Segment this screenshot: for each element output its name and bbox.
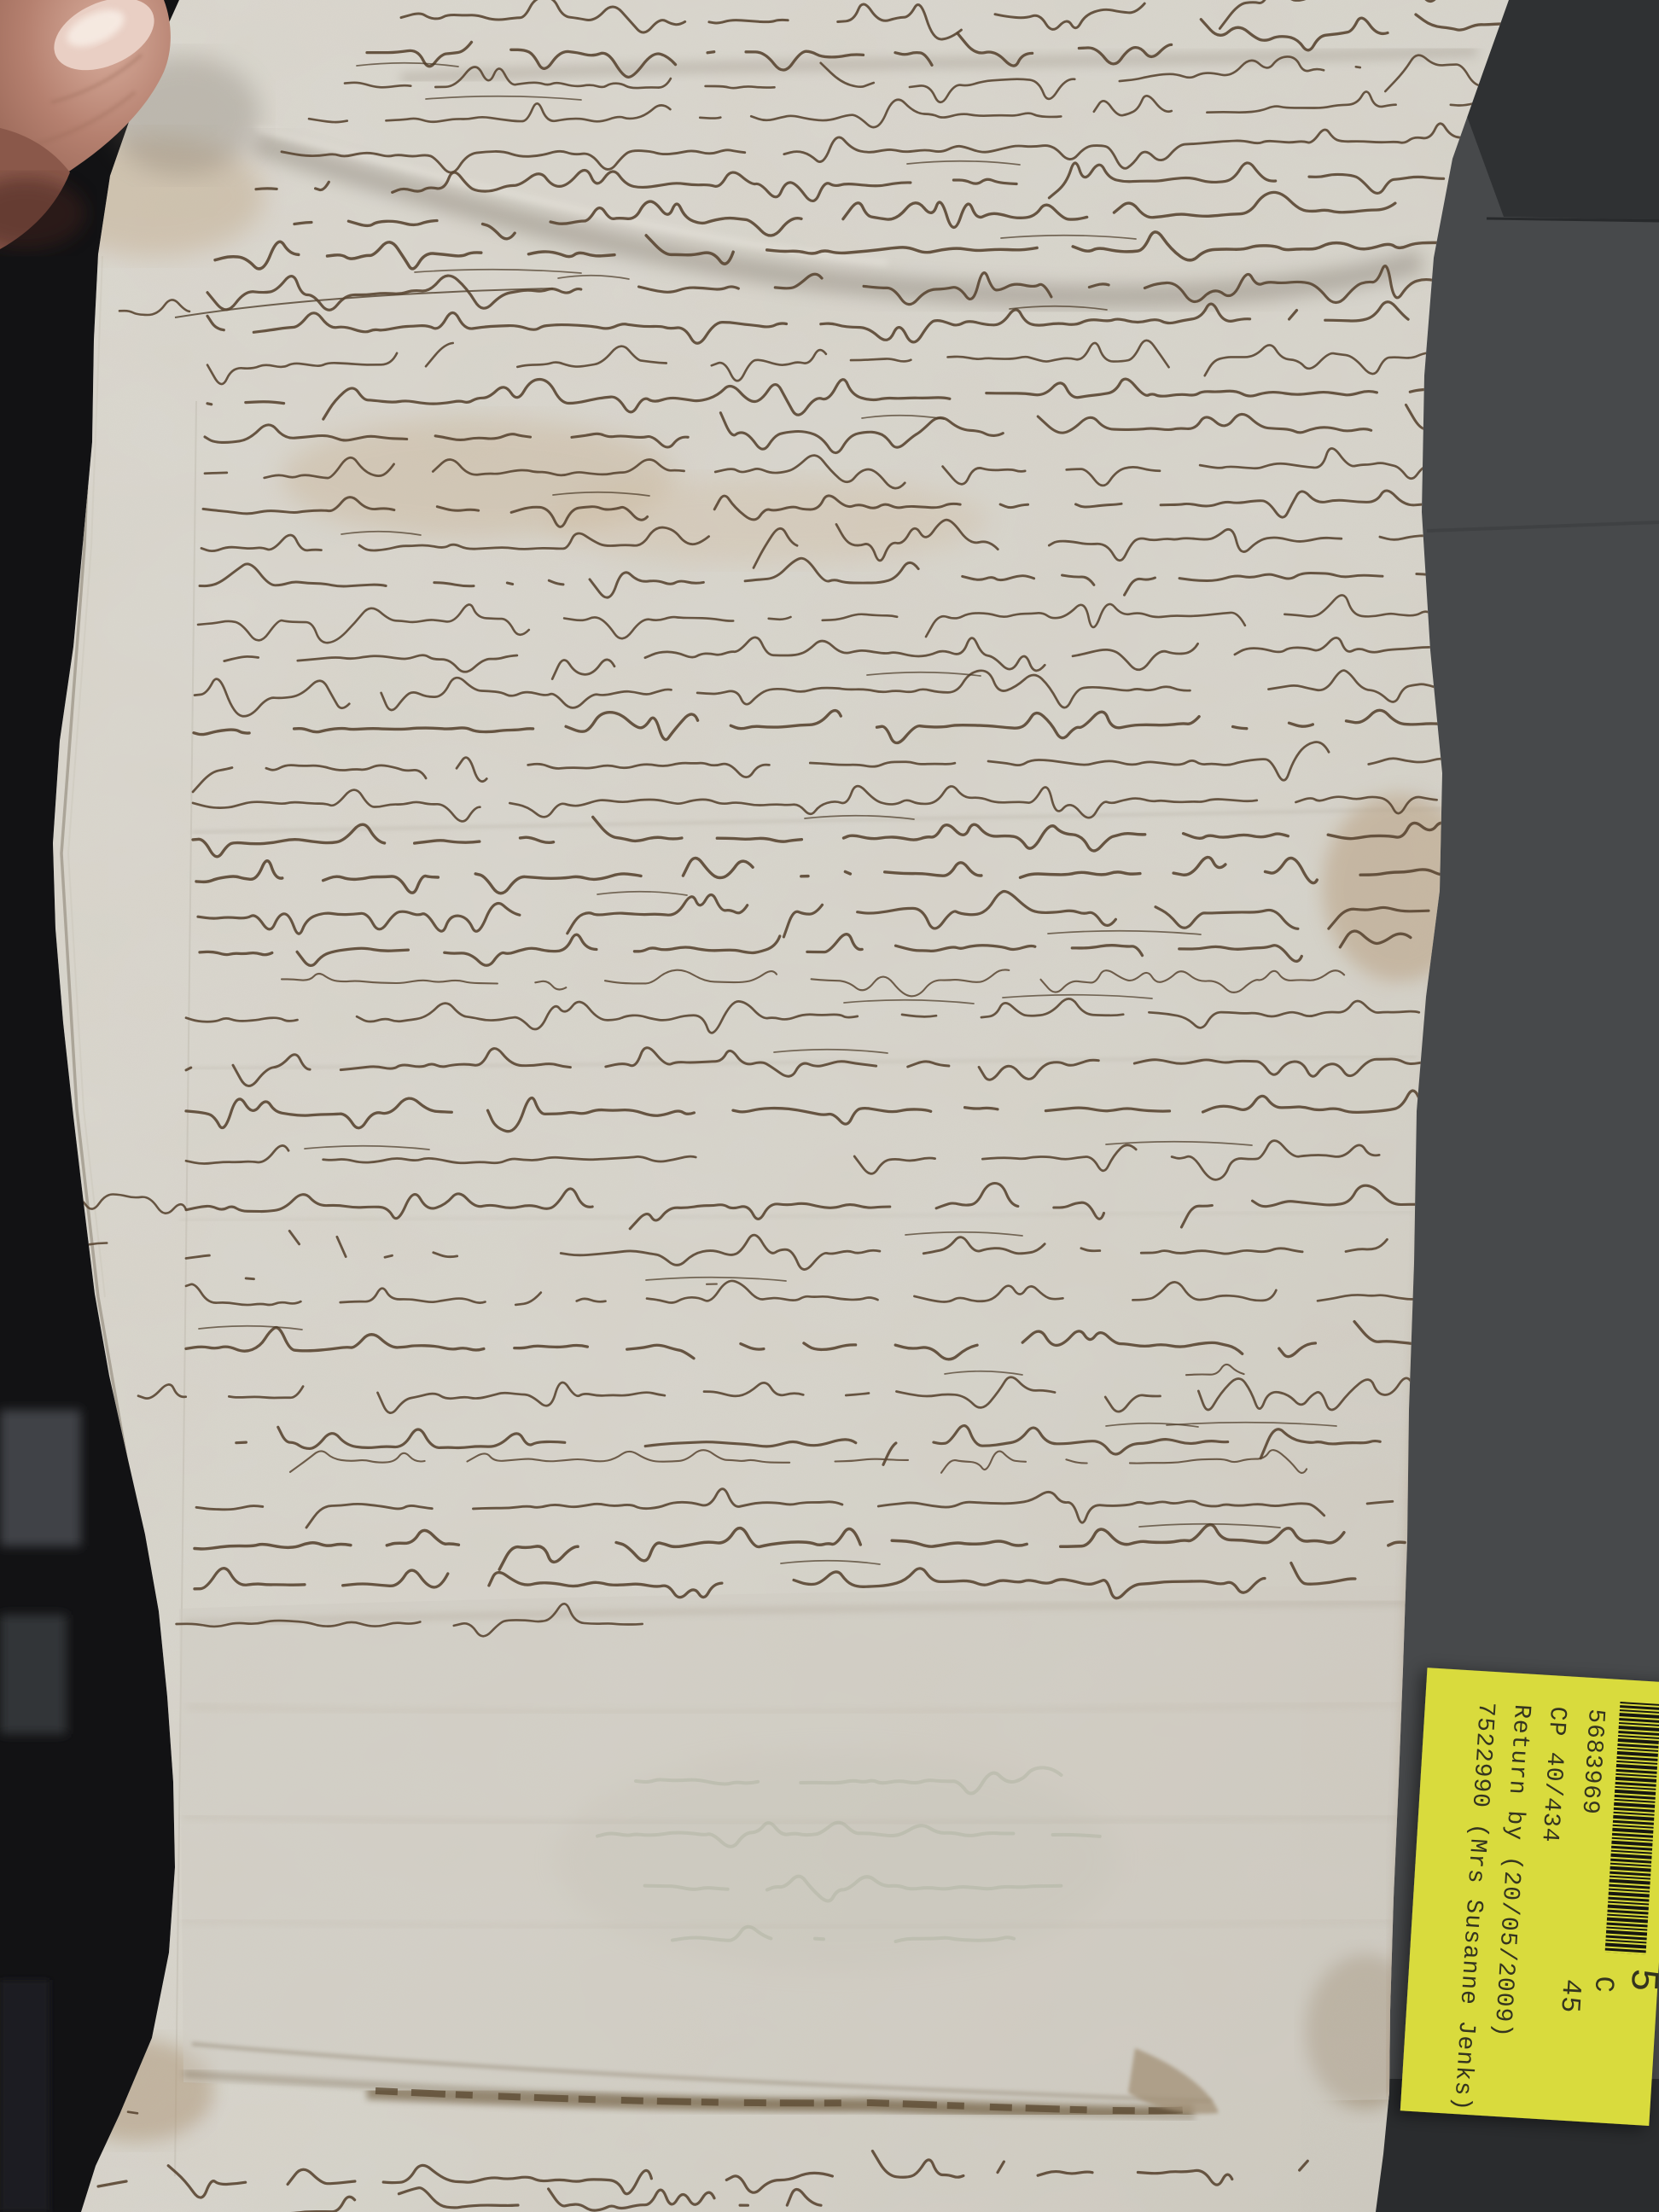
photo-canvas: 5683969 CP 40/434 Return by (20/05/2009)… xyxy=(0,0,1659,2212)
manuscript-photo: 5683969 CP 40/434 Return by (20/05/2009)… xyxy=(0,0,1659,2212)
label-side-small: 45 xyxy=(1553,1978,1586,2015)
table-patch-dark xyxy=(0,1980,49,2212)
table-patch-light xyxy=(0,1410,81,1546)
fold-flap xyxy=(179,1586,1408,2102)
label-side-mid: C xyxy=(1587,1975,1620,1994)
archival-label: 5683969 CP 40/434 Return by (20/05/2009)… xyxy=(1400,1668,1659,2126)
stain xyxy=(546,478,990,563)
table-patch-mid xyxy=(0,1615,67,1734)
marginalia-mark xyxy=(128,2112,137,2114)
label-side-big: 5 xyxy=(1620,1967,1659,1994)
